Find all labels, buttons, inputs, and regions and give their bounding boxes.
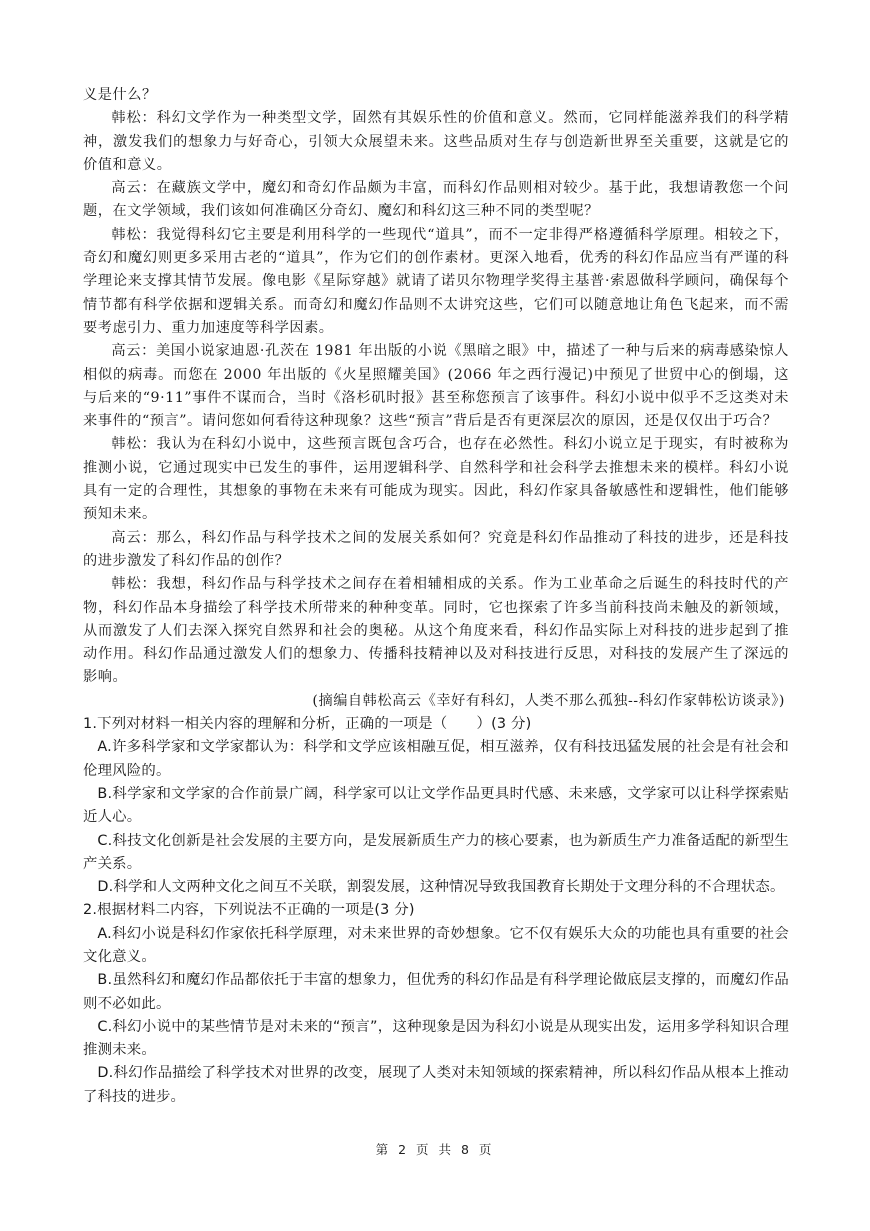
question-1: 1.下列对材料一相关内容的理解和分析，正确的一项是（ ）(3 分) A.许多科学… (83, 713, 789, 899)
interview-passage: 义是什么？ 韩松：科幻文学作为一种类型文学，固然有其娱乐性的价值和意义。然而，它… (83, 84, 789, 713)
option-c: C.科技文化创新是社会发展的主要方向，是发展新质生产力的核心要素，也为新质生产力… (83, 830, 789, 877)
option-b: B.虽然科幻和魔幻作品都依托于丰富的想象力，但优秀的科幻作品是有科学理论做底层支… (83, 969, 789, 1016)
question-stem: 2.根据材料二内容，下列说法不正确的一项是(3 分) (83, 899, 789, 922)
paragraph: 高云：在藏族文学中，魔幻和奇幻作品颇为丰富，而科幻作品则相对较少。基于此，我想请… (83, 177, 789, 224)
option-c: C.科幻小说中的某些情节是对未来的“预言”，这种现象是因为科幻小说是从现实出发，… (83, 1016, 789, 1063)
source-citation: (摘编自韩松高云《幸好有科幻，人类不那么孤独--科幻作家韩松访谈录》) (83, 690, 789, 713)
paragraph: 高云：美国小说家迪恩·孔茨在 1981 年出版的小说《黑暗之眼》中，描述了一种与… (83, 340, 789, 433)
question-2: 2.根据材料二内容，下列说法不正确的一项是(3 分) A.科幻小说是科幻作家依托… (83, 899, 789, 1109)
option-d: D.科幻作品描绘了科学技术对世界的改变，展现了人类对未知领域的探索精神，所以科幻… (83, 1062, 789, 1109)
paragraph: 韩松：科幻文学作为一种类型文学，固然有其娱乐性的价值和意义。然而，它同样能滋养我… (83, 107, 789, 177)
paragraph: 义是什么？ (83, 84, 789, 107)
paragraph: 韩松：我想，科幻作品与科学技术之间存在着相辅相成的关系。作为工业革命之后诞生的科… (83, 573, 789, 689)
paragraph: 高云：那么，科幻作品与科学技术之间的发展关系如何？究竟是科幻作品推动了科技的进步… (83, 527, 789, 574)
paragraph: 韩松：我认为在科幻小说中，这些预言既包含巧合，也存在必然性。科幻小说立足于现实，… (83, 433, 789, 526)
option-a: A.科幻小说是科幻作家依托科学原理，对未来世界的奇妙想象。它不仅有娱乐大众的功能… (83, 923, 789, 970)
page-number: 第 2 页 共 8 页 (0, 1140, 870, 1158)
paragraph: 韩松：我觉得科幻它主要是利用科学的一些现代“道具”，而不一定非得严格遵循科学原理… (83, 224, 789, 340)
document-page: 义是什么？ 韩松：科幻文学作为一种类型文学，固然有其娱乐性的价值和意义。然而，它… (83, 84, 789, 1109)
option-d: D.科学和人文两种文化之间互不关联，割裂发展，这种情况导致我国教育长期处于文理分… (83, 876, 789, 899)
option-a: A.许多科学家和文学家都认为：科学和文学应该相融互促，相互滋养，仅有科技迅猛发展… (83, 736, 789, 783)
question-stem: 1.下列对材料一相关内容的理解和分析，正确的一项是（ ）(3 分) (83, 713, 789, 736)
option-b: B.科学家和文学家的合作前景广阔，科学家可以让文学作品更具时代感、未来感，文学家… (83, 783, 789, 830)
